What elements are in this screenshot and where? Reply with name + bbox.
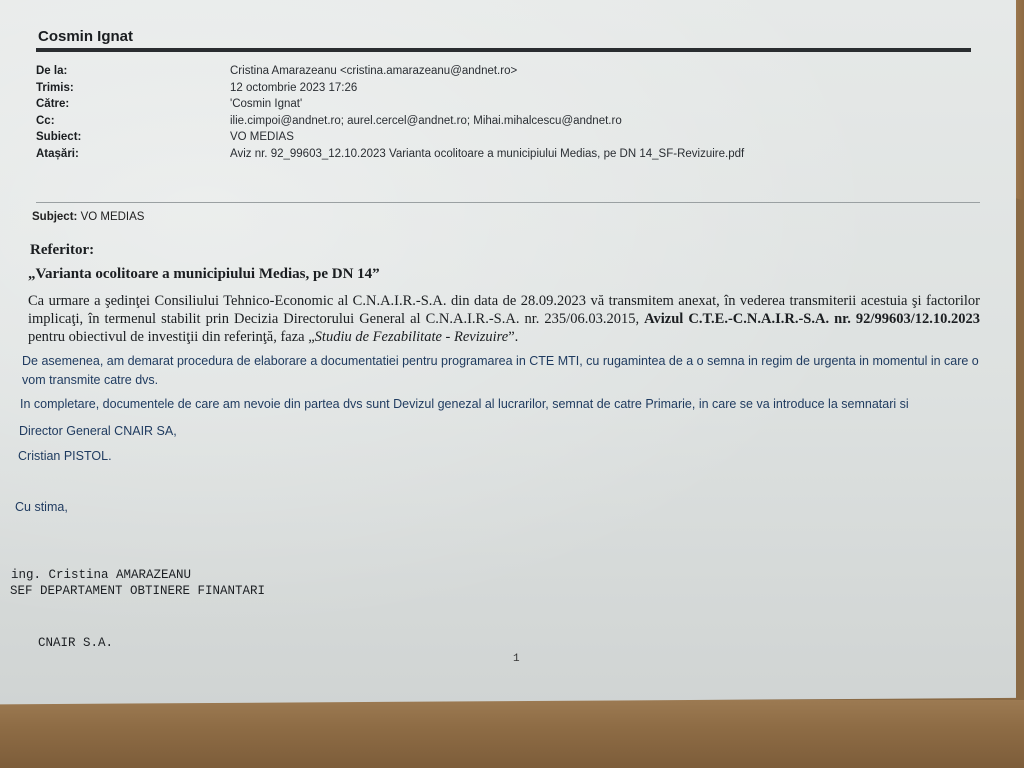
sender-department: SEF DEPARTAMENT OBTINERE FINANTARI xyxy=(10,584,265,598)
header-label: Atașări: xyxy=(36,148,230,160)
mailbox-owner: Cosmin Ignat xyxy=(38,28,133,45)
header-label: Cc: xyxy=(36,115,230,127)
header-subject: Subiect: VO MEDIAS xyxy=(36,129,936,146)
header-label: De la: xyxy=(36,65,230,77)
closing: Cu stima, xyxy=(15,500,68,514)
header-to: Către: 'Cosmin Ignat' xyxy=(36,96,936,113)
phase-name: Studiu de Fezabilitate - Revizuire xyxy=(315,329,509,345)
header-cc: Cc: ilie.cimpoi@andnet.ro; aurel.cercel@… xyxy=(36,113,936,130)
para1-text: pentru obiectivul de investiţii din refe… xyxy=(28,329,315,345)
project-title: „Varianta ocolitoare a municipiului Medi… xyxy=(28,266,380,283)
sender-name: ing. Cristina AMARAZEANU xyxy=(11,568,191,582)
body-subject: Subject: VO MEDIAS xyxy=(32,211,144,223)
letter-paragraph-3: In completare, documentele de care am ne… xyxy=(20,397,1000,411)
sender-organization: CNAIR S.A. xyxy=(38,636,113,650)
header-value: Cristina Amarazeanu <cristina.amarazeanu… xyxy=(230,65,517,77)
header-label: Către: xyxy=(36,98,230,110)
letter-paragraph-1: Ca urmare a şedinţei Consiliului Tehnico… xyxy=(28,292,980,346)
body-divider xyxy=(36,202,980,203)
header-label: Subiect: xyxy=(36,131,230,143)
printed-email-page: Cosmin Ignat De la: Cristina Amarazeanu … xyxy=(0,0,1016,710)
signatory-title: Director General CNAIR SA, xyxy=(19,424,177,438)
body-subject-value: VO MEDIAS xyxy=(77,211,144,223)
header-from: De la: Cristina Amarazeanu <cristina.ama… xyxy=(36,63,936,80)
header-rule xyxy=(36,48,971,52)
email-headers: De la: Cristina Amarazeanu <cristina.ama… xyxy=(36,63,936,162)
referitor-heading: Referitor: xyxy=(30,242,94,259)
header-sent: Trimis: 12 octombrie 2023 17:26 xyxy=(36,80,936,97)
page-number: 1 xyxy=(513,653,520,665)
para1-text: ”. xyxy=(508,329,518,345)
aviz-reference: Avizul C.T.E.-C.N.A.I.R.-S.A. nr. 92/996… xyxy=(644,311,980,327)
body-subject-label: Subject: xyxy=(32,211,77,223)
header-label: Trimis: xyxy=(36,82,230,94)
header-attachments: Atașări: Aviz nr. 92_99603_12.10.2023 Va… xyxy=(36,146,936,163)
desk-surface xyxy=(0,700,1024,768)
signatory-name: Cristian PISTOL. xyxy=(18,449,112,463)
header-value: ilie.cimpoi@andnet.ro; aurel.cercel@andn… xyxy=(230,115,622,127)
header-value: 12 octombrie 2023 17:26 xyxy=(230,82,357,94)
header-value: VO MEDIAS xyxy=(230,131,294,143)
header-value: 'Cosmin Ignat' xyxy=(230,98,302,110)
attachment-filename: Aviz nr. 92_99603_12.10.2023 Varianta oc… xyxy=(230,148,744,160)
letter-paragraph-2: De asemenea, am demarat procedura de ela… xyxy=(22,352,1002,390)
